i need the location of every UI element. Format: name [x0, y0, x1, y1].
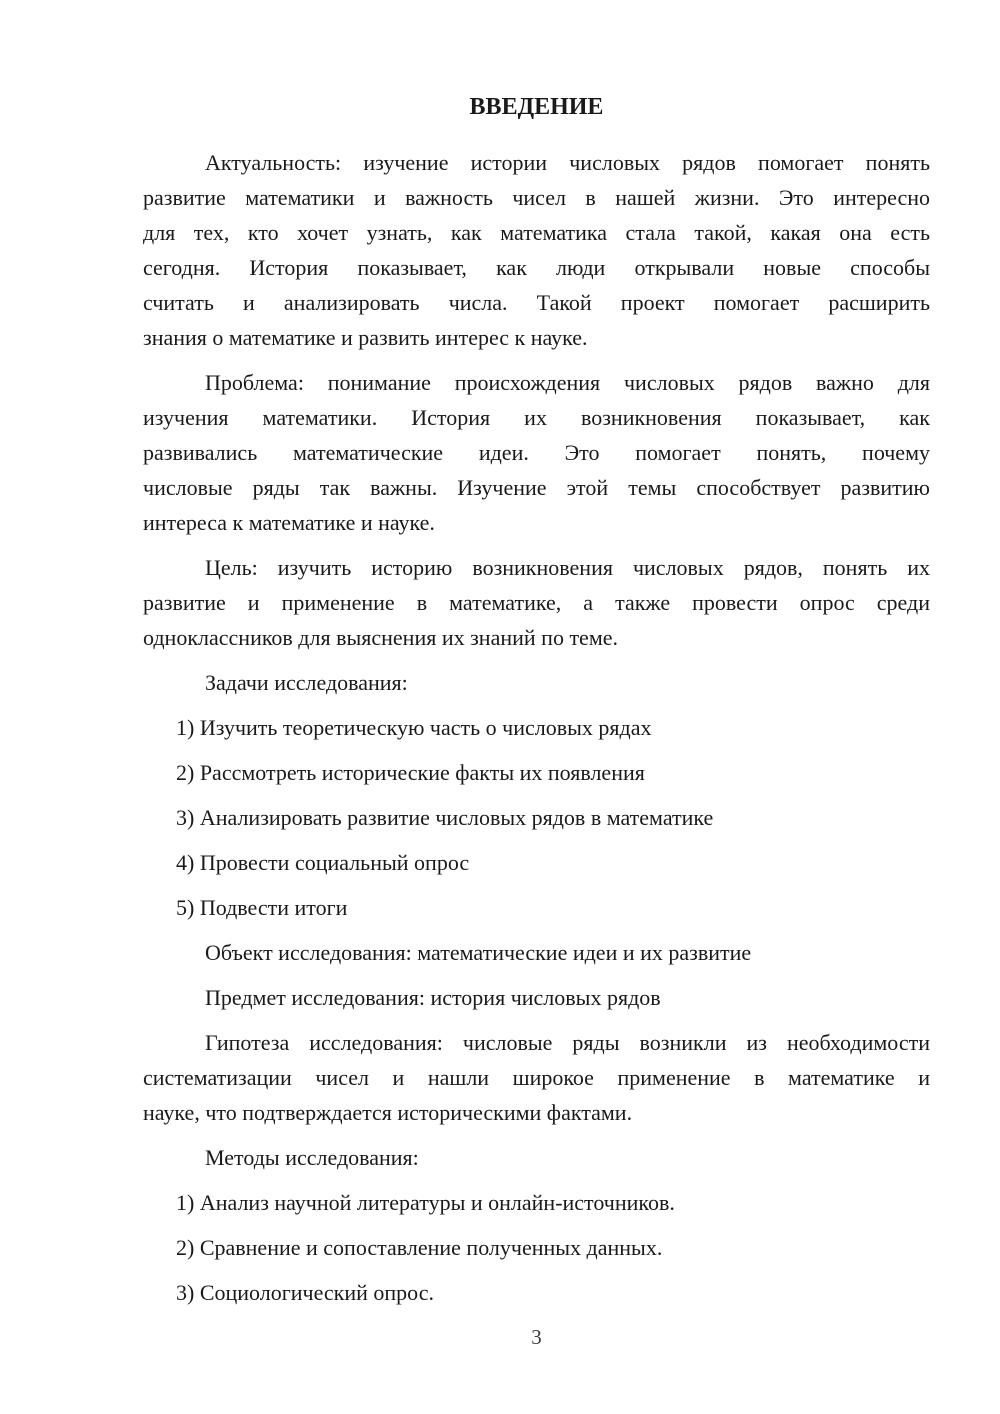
- text-line: для тех, кто хочет узнать, как математик…: [143, 215, 930, 250]
- research-object: Объект исследования: математические идеи…: [143, 935, 930, 970]
- text-line: развитие и применение в математике, а та…: [143, 585, 930, 620]
- text-line: Проблема: понимание происхождения числов…: [143, 365, 930, 400]
- text-line: изучения математики. История их возникно…: [143, 400, 930, 435]
- document-page: ВВЕДЕНИЕ Актуальность: изучение истории …: [0, 0, 1000, 1414]
- text-line: систематизации чисел и нашли широкое при…: [143, 1060, 930, 1095]
- text-line: интереса к математике и науке.: [143, 505, 930, 540]
- text-line: считать и анализировать числа. Такой про…: [143, 285, 930, 320]
- method-item: 3) Социологический опрос.: [143, 1275, 930, 1310]
- method-item: 1) Анализ научной литературы и онлайн-ис…: [143, 1185, 930, 1220]
- paragraph-hypothesis: Гипотеза исследования: числовые ряды воз…: [143, 1025, 930, 1130]
- text-line: сегодня. История показывает, как люди от…: [143, 250, 930, 285]
- task-item: 3) Анализировать развитие числовых рядов…: [143, 800, 930, 835]
- page-title: ВВЕДЕНИЕ: [143, 90, 930, 125]
- methods-heading: Методы исследования:: [143, 1140, 930, 1175]
- page-number: 3: [143, 1320, 930, 1355]
- text-line: числовые ряды так важны. Изучение этой т…: [143, 470, 930, 505]
- paragraph-relevance: Актуальность: изучение истории числовых …: [143, 145, 930, 355]
- text-line: одноклассников для выяснения их знаний п…: [143, 620, 930, 655]
- text-line: Актуальность: изучение истории числовых …: [143, 145, 930, 180]
- research-subject: Предмет исследования: история числовых р…: [143, 980, 930, 1015]
- task-item: 1) Изучить теоретическую часть о числовы…: [143, 710, 930, 745]
- task-item: 4) Провести социальный опрос: [143, 845, 930, 880]
- text-line: развивались математические идеи. Это пом…: [143, 435, 930, 470]
- paragraph-goal: Цель: изучить историю возникновения числ…: [143, 550, 930, 655]
- paragraph-problem: Проблема: понимание происхождения числов…: [143, 365, 930, 540]
- task-item: 5) Подвести итоги: [143, 890, 930, 925]
- text-line: Гипотеза исследования: числовые ряды воз…: [143, 1025, 930, 1060]
- text-line: знания о математике и развить интерес к …: [143, 320, 930, 355]
- text-line: науке, что подтверждается историческими …: [143, 1095, 930, 1130]
- task-item: 2) Рассмотреть исторические факты их поя…: [143, 755, 930, 790]
- text-line: развитие математики и важность чисел в н…: [143, 180, 930, 215]
- method-item: 2) Сравнение и сопоставление полученных …: [143, 1230, 930, 1265]
- tasks-heading: Задачи исследования:: [143, 665, 930, 700]
- text-line: Цель: изучить историю возникновения числ…: [143, 550, 930, 585]
